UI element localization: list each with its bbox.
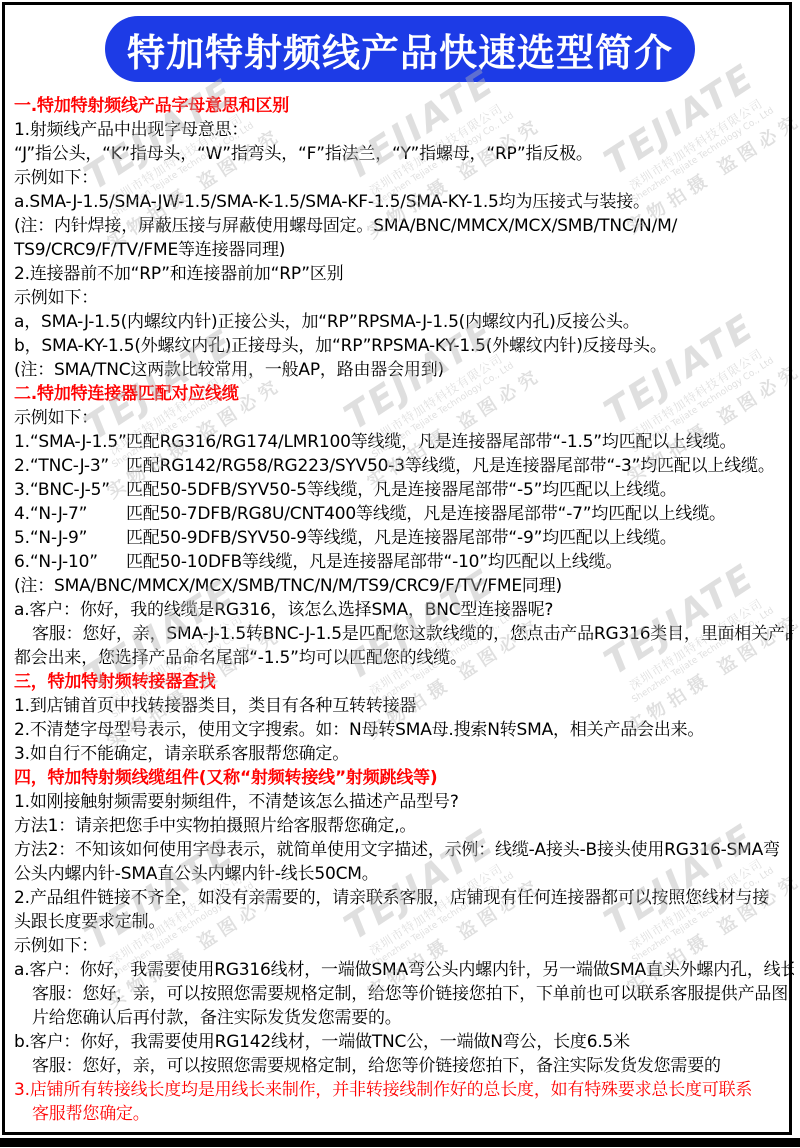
text-line: 片给您确认后再付款，备注实际发货发您需要的。 — [14, 1006, 794, 1030]
text-line: 1.如刚接触射频需要射频组件，不清楚该怎么描述产品型号? — [14, 790, 794, 814]
connector-model: 3.“BNC-J-5” — [14, 478, 126, 502]
text-line: “J”指公头，“K”指母头，“W”指弯头，“F”指法兰，“Y”指螺母，“RP”指… — [14, 142, 794, 166]
text-line: 1.到店铺首页中找转接器类目，类目有各种互转转接器 — [14, 694, 794, 718]
text-line: 方法2：不知该如何使用字母表示，就简单使用文字描述，示例：线缆-A接头-B接头使… — [14, 838, 794, 862]
length-note-line: 3.店铺所有转接线长度均是用线长来制作，并非转接线制作好的总长度，如有特殊要求总… — [14, 1078, 794, 1102]
cable-match-row: 6.“N-J-10”匹配50-10DFB等线缆，凡是连接器尾部带“-10”均匹配… — [14, 550, 794, 574]
cable-match-desc: 匹配RG142/RG58/RG223/SYV50-3等线缆，凡是连接器尾部带“-… — [126, 454, 794, 478]
cable-match-row: 1.“SMA-J-1.5”匹配RG316/RG174/LMR100等线缆，凡是连… — [14, 430, 794, 454]
text-line: a.SMA-J-1.5/SMA-JW-1.5/SMA-K-1.5/SMA-KF-… — [14, 190, 794, 214]
text-line: 示例如下： — [14, 286, 794, 310]
text-line: 公头内螺内针-SMA直公头内螺内针-线长50CM。 — [14, 862, 794, 886]
text-line: 头跟长度要求定制。 — [14, 910, 794, 934]
text-line: a，SMA-J-1.5(内螺纹内针)正接公头，加“RP”RPSMA-J-1.5(… — [14, 310, 794, 334]
text-line: 1.射频线产品中出现字母意思： — [14, 118, 794, 142]
text-line: 示例如下： — [14, 934, 794, 958]
text-line: 2.连接器前不加“RP”和连接器前加“RP”区别 — [14, 262, 794, 286]
text-line: a.客户：你好，我的线缆是RG316，该怎么选择SMA，BNC型连接器呢? — [14, 598, 794, 622]
connector-model: 6.“N-J-10” — [14, 550, 126, 574]
section-4-heading: 四，特加特射频线缆组件(又称“射频转接线”射频跳线等) — [14, 766, 794, 790]
text-line: 客服：您好，亲，可以按照您需要规格定制，给您等价链接您拍下，下单前也可以联系客服… — [14, 982, 794, 1006]
cable-match-desc: 匹配50-9DFB/SYV50-9等线缆，凡是连接器尾部带“-9”均匹配以上线缆… — [126, 526, 794, 550]
cable-match-row: 3.“BNC-J-5”匹配50-5DFB/SYV50-5等线缆，凡是连接器尾部带… — [14, 478, 794, 502]
section-3-heading: 三，特加特射频转接器查找 — [14, 670, 794, 694]
text-line: 3.如自行不能确定，请亲联系客服帮您确定。 — [14, 742, 794, 766]
text-line: 都会出来，您选择产品命名尾部“-1.5”均可以匹配您的线缆。 — [14, 646, 794, 670]
text-line: TS9/CRC9/F/TV/FME等连接器同理) — [14, 238, 794, 262]
text-line: 方法1：请亲把您手中实物拍摄照片给客服帮您确定,。 — [14, 814, 794, 838]
connector-model: 2.“TNC-J-3” — [14, 454, 126, 478]
section-2-heading: 二.特加特连接器匹配对应线缆 — [14, 382, 794, 406]
bottom-divider — [0, 1138, 800, 1147]
document-body: 一.特加特射频线产品字母意思和区别 1.射频线产品中出现字母意思： “J”指公头… — [14, 94, 794, 1126]
cable-match-desc: 匹配50-10DFB等线缆，凡是连接器尾部带“-10”均匹配以上线缆。 — [126, 550, 794, 574]
text-line: a.客户：你好，我需要使用RG316线材，一端做SMA弯公头内螺内针，另一端做S… — [14, 958, 794, 982]
text-line: 示例如下： — [14, 166, 794, 190]
text-line: (注：内针焊接，屏蔽压接与屏蔽使用螺母固定。SMA/BNC/MMCX/MCX/S… — [14, 214, 794, 238]
text-line: 2.产品组件链接不齐全，如没有亲需要的，请亲联系客服，店铺现有任何连接器都可以按… — [14, 886, 794, 910]
connector-model: 1.“SMA-J-1.5” — [14, 430, 126, 454]
text-line: (注：SMA/BNC/MMCX/MCX/SMB/TNC/N/M/TS9/CRC9… — [14, 574, 794, 598]
text-line: 2.不清楚字母型号表示，使用文字搜索。如：N母转SMA母.搜索N转SMA，相关产… — [14, 718, 794, 742]
cable-match-row: 4.“N-J-7”匹配50-7DFB/RG8U/CNT400等线缆，凡是连接器尾… — [14, 502, 794, 526]
section-1-heading: 一.特加特射频线产品字母意思和区别 — [14, 94, 794, 118]
text-line: b.客户：你好，我需要使用RG142线材，一端做TNC公，一端做N弯公，长度6.… — [14, 1030, 794, 1054]
cable-match-row: 2.“TNC-J-3”匹配RG142/RG58/RG223/SYV50-3等线缆… — [14, 454, 794, 478]
text-line: (注：SMA/TNC这两款比较常用，一般AP，路由器会用到) — [14, 358, 794, 382]
title-banner: 特加特射频线产品快速选型简介 — [105, 16, 695, 82]
cable-match-row: 5.“N-J-9”匹配50-9DFB/SYV50-9等线缆，凡是连接器尾部带“-… — [14, 526, 794, 550]
cable-match-desc: 匹配50-7DFB/RG8U/CNT400等线缆，凡是连接器尾部带“-7”均匹配… — [126, 502, 794, 526]
cable-match-desc: 匹配50-5DFB/SYV50-5等线缆，凡是连接器尾部带“-5”均匹配以上线缆… — [126, 478, 794, 502]
connector-model: 4.“N-J-7” — [14, 502, 126, 526]
text-line: 示例如下： — [14, 406, 794, 430]
text-line: 客服：您好，亲，可以按照您需要规格定制，给您等价链接您拍下，备注实际发货发您需要… — [14, 1054, 794, 1078]
page-title: 特加特射频线产品快速选型简介 — [127, 22, 673, 77]
text-line: b，SMA-KY-1.5(外螺纹内孔)正接母头，加“RP”RPSMA-KY-1.… — [14, 334, 794, 358]
text-line: 客服：您好，亲，SMA-J-1.5转BNC-J-1.5是匹配您这款线缆的，您点击… — [14, 622, 794, 646]
cable-match-desc: 匹配RG316/RG174/LMR100等线缆，凡是连接器尾部带“-1.5”均匹… — [126, 430, 794, 454]
connector-model: 5.“N-J-9” — [14, 526, 126, 550]
length-note-line: 客服帮您确定。 — [14, 1102, 794, 1126]
